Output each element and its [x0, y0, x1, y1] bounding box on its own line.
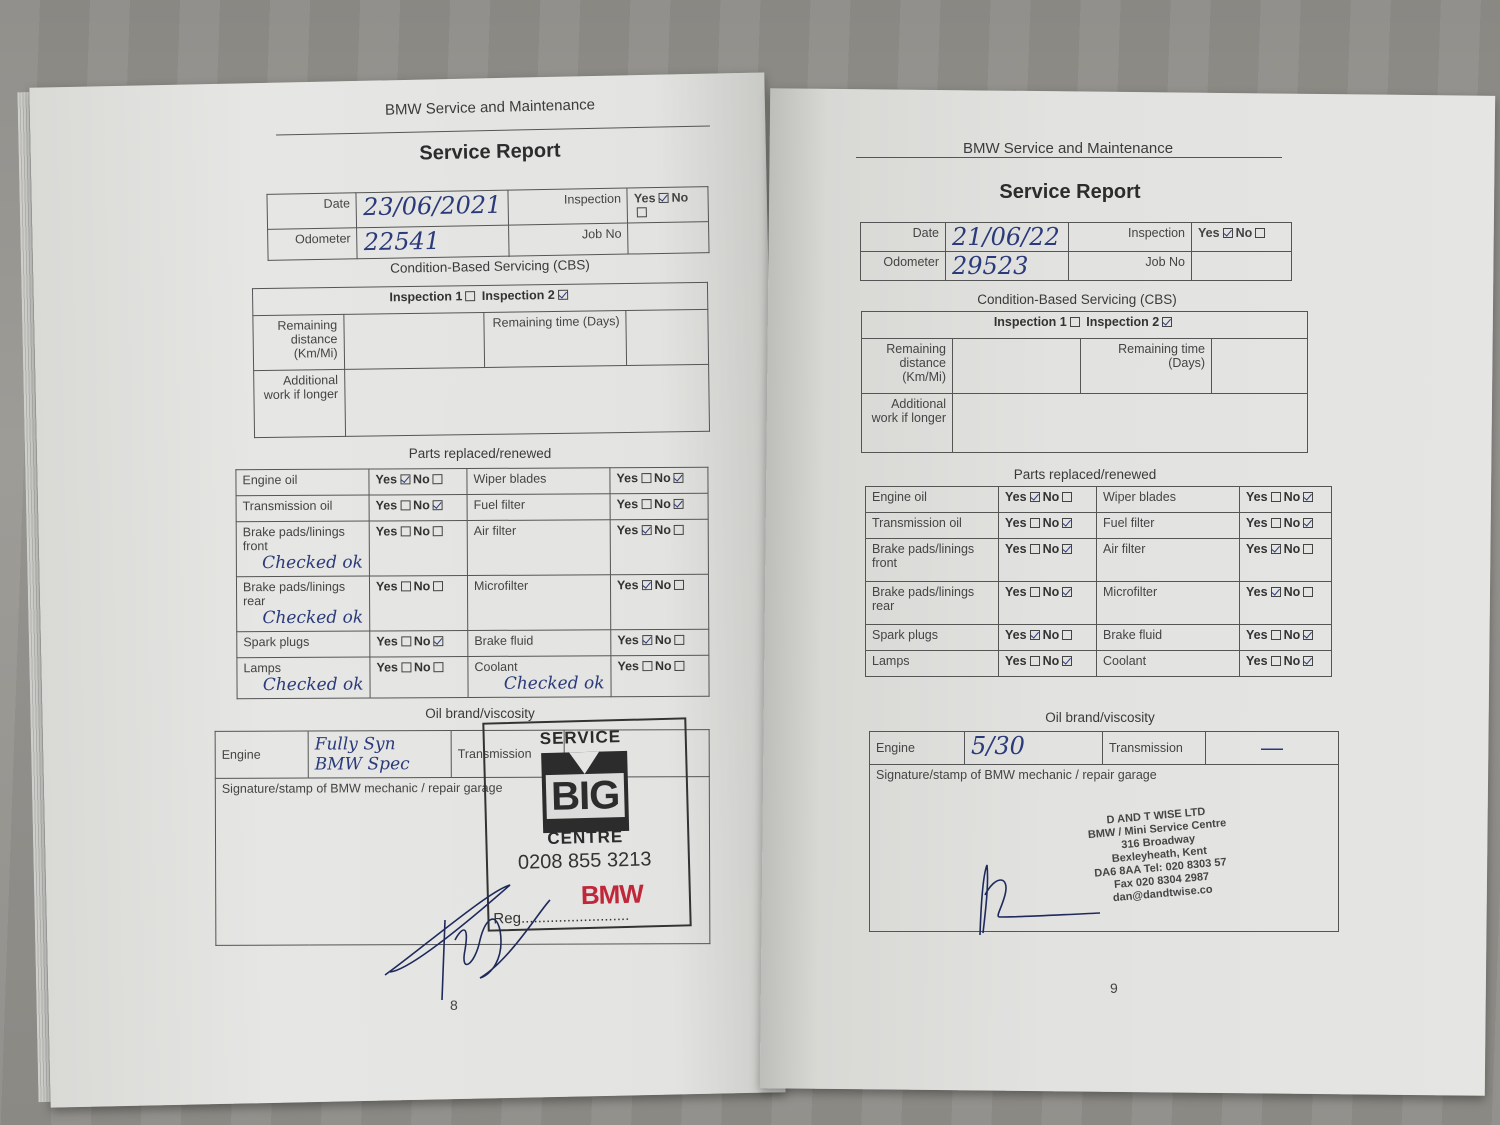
brake-fluid-no-checkbox[interactable] [675, 635, 685, 645]
spark-plugs-yes-checkbox[interactable] [401, 636, 411, 646]
date-label: Date [267, 193, 357, 230]
microfilter-yes-checkbox[interactable] [642, 580, 652, 590]
part-label-microfilter: Microfilter [467, 575, 610, 631]
engine-oil-yes-checkbox[interactable] [400, 474, 410, 484]
additional-work-field[interactable] [344, 364, 709, 436]
microfilter-no-checkbox[interactable] [1303, 587, 1313, 597]
part-label-brake-pads-linings-front: Brake pads/linings front [866, 539, 999, 582]
part-value-fuel-filter[interactable]: YesNo [1240, 513, 1332, 539]
part-value-air-filter[interactable]: YesNo [610, 519, 708, 575]
odometer-field[interactable]: 29523 [946, 252, 1069, 281]
oil-engine-label: Engine [215, 731, 308, 778]
remaining-time-field[interactable] [626, 309, 709, 365]
part-label-microfilter: Microfilter [1097, 582, 1240, 625]
oil-heading-left: Oil brand/viscosity [380, 706, 580, 721]
transmission-oil-no-checkbox[interactable] [433, 500, 443, 510]
table-row: Spark plugsYesNoBrake fluidYesNo [866, 625, 1332, 651]
spark-plugs-no-checkbox[interactable] [434, 636, 444, 646]
part-value-microfilter[interactable]: YesNo [1240, 582, 1332, 625]
date-field[interactable]: 23/06/2021 [356, 190, 508, 228]
brake-fluid-yes-checkbox[interactable] [1271, 630, 1281, 640]
brake-pads-linings-front-yes-checkbox[interactable] [400, 526, 410, 536]
part-label-lamps: LampsChecked ok [237, 657, 370, 699]
header-table-left: Date 23/06/2021 Inspection YesNo Odomete… [266, 186, 709, 261]
air-filter-yes-checkbox[interactable] [1271, 544, 1281, 554]
part-label-air-filter: Air filter [467, 520, 610, 576]
part-value-brake-fluid[interactable]: YesNo [611, 629, 709, 656]
inspection-field[interactable]: YesNo [1192, 223, 1292, 252]
engine-oil-yes-checkbox[interactable] [1030, 492, 1040, 502]
stamp-phone: 0208 855 3213 [518, 848, 652, 874]
coolant-yes-checkbox[interactable] [642, 661, 652, 671]
part-label-transmission-oil: Transmission oil [866, 513, 999, 539]
part-value-wiper-blades[interactable]: YesNo [610, 467, 708, 494]
handwritten-note: Checked ok [243, 553, 363, 574]
part-label-coolant: CoolantChecked ok [468, 656, 611, 698]
brake-pads-linings-front-no-checkbox[interactable] [1062, 544, 1072, 554]
coolant-no-checkbox[interactable] [675, 661, 685, 671]
page-number-left: 8 [450, 997, 458, 1013]
part-label-air-filter: Air filter [1097, 539, 1240, 582]
parts-heading-left: Parts replaced/renewed [380, 446, 580, 461]
stamp-bmw-brand: BMW [580, 879, 643, 912]
lamps-yes-checkbox[interactable] [401, 662, 411, 672]
mechanic-signature-right [975, 855, 1105, 940]
job-no-label: Job No [1069, 252, 1192, 281]
part-label-brake-fluid: Brake fluid [468, 630, 611, 657]
part-label-engine-oil: Engine oil [236, 469, 369, 496]
inspection-2-checkbox[interactable] [558, 290, 568, 300]
odometer-field[interactable]: 22541 [357, 225, 509, 259]
fuel-filter-yes-checkbox[interactable] [641, 499, 651, 509]
brake-pads-linings-rear-no-checkbox[interactable] [1062, 587, 1072, 597]
spark-plugs-no-checkbox[interactable] [1062, 630, 1072, 640]
odometer-label: Odometer [861, 252, 946, 281]
job-no-field[interactable] [1192, 252, 1292, 281]
garage-address-stamp: D AND T WISE LTDBMW / Mini Service Centr… [1086, 804, 1232, 907]
oil-transmission-field[interactable]: — [1206, 732, 1339, 765]
part-label-wiper-blades: Wiper blades [467, 468, 610, 495]
cbs-table-left: Inspection 1 Inspection 2 Remaining dist… [252, 282, 710, 438]
inspection-no-checkbox[interactable] [1255, 228, 1265, 238]
part-label-brake-pads-linings-front: Brake pads/linings frontChecked ok [236, 521, 369, 577]
part-label-fuel-filter: Fuel filter [1097, 513, 1240, 539]
inspection-field[interactable]: YesNo [627, 187, 708, 223]
inspection-no-checkbox[interactable] [637, 207, 647, 217]
lamps-no-checkbox[interactable] [1062, 656, 1072, 666]
remaining-distance-field[interactable] [344, 312, 485, 369]
part-label-lamps: Lamps [866, 651, 999, 677]
date-label: Date [861, 223, 946, 252]
air-filter-yes-checkbox[interactable] [641, 525, 651, 535]
fuel-filter-no-checkbox[interactable] [1303, 518, 1313, 528]
head-rule-right [856, 157, 1282, 158]
parts-table-right: Engine oilYesNoWiper bladesYesNoTransmis… [865, 486, 1332, 677]
transmission-oil-yes-checkbox[interactable] [1030, 518, 1040, 528]
part-label-spark-plugs: Spark plugs [866, 625, 999, 651]
part-value-engine-oil[interactable]: YesNo [369, 469, 467, 496]
date-field[interactable]: 21/06/22 [946, 223, 1069, 252]
table-row: Engine oilYesNoWiper bladesYesNo [866, 487, 1332, 513]
remaining-distance-field[interactable] [953, 339, 1081, 394]
part-label-spark-plugs: Spark plugs [237, 631, 370, 658]
part-value-lamps[interactable]: YesNo [370, 657, 468, 699]
table-row: Engine oilYesNoWiper bladesYesNo [236, 467, 708, 495]
stamp-centre-text: CENTRE [547, 827, 623, 849]
part-value-air-filter[interactable]: YesNo [1240, 539, 1332, 582]
stamp-service-text: SERVICE [539, 727, 621, 749]
air-filter-no-checkbox[interactable] [674, 525, 684, 535]
handwritten-note: Checked ok [474, 673, 604, 694]
part-value-spark-plugs[interactable]: YesNo [370, 631, 468, 658]
inspection-yes-checkbox[interactable] [658, 193, 668, 203]
air-filter-no-checkbox[interactable] [1303, 544, 1313, 554]
oil-heading-right: Oil brand/viscosity [1000, 710, 1200, 725]
part-value-spark-plugs[interactable]: YesNo [999, 625, 1097, 651]
part-label-brake-pads-linings-rear: Brake pads/linings rearChecked ok [236, 576, 369, 632]
wiper-blades-no-checkbox[interactable] [1303, 492, 1313, 502]
odometer-label: Odometer [268, 228, 358, 261]
microfilter-no-checkbox[interactable] [674, 580, 684, 590]
parts-heading-right: Parts replaced/renewed [985, 467, 1185, 482]
part-value-transmission-oil[interactable]: YesNo [999, 513, 1097, 539]
remaining-time-label: Remaining time (Days) [484, 310, 627, 367]
brake-pads-linings-rear-yes-checkbox[interactable] [401, 581, 411, 591]
part-value-wiper-blades[interactable]: YesNo [1240, 487, 1332, 513]
microfilter-yes-checkbox[interactable] [1271, 587, 1281, 597]
part-value-microfilter[interactable]: YesNo [610, 574, 708, 630]
fuel-filter-no-checkbox[interactable] [674, 499, 684, 509]
mechanic-signature-left [380, 880, 560, 1000]
inspection-2-checkbox[interactable] [1162, 317, 1172, 327]
wiper-blades-yes-checkbox[interactable] [1271, 492, 1281, 502]
table-row: Transmission oilYesNoFuel filterYesNo [236, 493, 708, 521]
cbs-heading-right: Condition-Based Servicing (CBS) [947, 292, 1207, 307]
remaining-time-field[interactable] [1212, 339, 1308, 394]
handwritten-note: Checked ok [243, 675, 363, 696]
table-row: Brake pads/linings frontYesNoAir filterY… [866, 539, 1332, 582]
table-row: Brake pads/linings rearYesNoMicrofilterY… [866, 582, 1332, 625]
inspection-label: Inspection [508, 188, 628, 225]
additional-work-label: Additional work if longer [254, 369, 346, 437]
brake-pads-linings-front-yes-checkbox[interactable] [1030, 544, 1040, 554]
oil-engine-field[interactable]: Fully Syn BMW Spec [308, 731, 451, 778]
remaining-time-label: Remaining time (Days) [1081, 339, 1212, 394]
part-value-coolant[interactable]: YesNo [611, 655, 709, 697]
report-title-right: Service Report [970, 181, 1170, 204]
fuel-filter-yes-checkbox[interactable] [1271, 518, 1281, 528]
part-value-brake-fluid[interactable]: YesNo [1240, 625, 1332, 651]
running-head-right: BMW Service and Maintenance [918, 140, 1218, 157]
table-row: LampsYesNoCoolantYesNo [866, 651, 1332, 677]
part-value-brake-pads-linings-rear[interactable]: YesNo [369, 576, 467, 632]
brake-pads-linings-front-no-checkbox[interactable] [433, 526, 443, 536]
part-label-engine-oil: Engine oil [866, 487, 999, 513]
part-value-coolant[interactable]: YesNo [1240, 651, 1332, 677]
cbs-table-right: Inspection 1 Inspection 2 Remaining dist… [861, 311, 1308, 453]
oil-engine-field[interactable]: 5/30 [965, 732, 1103, 765]
engine-oil-no-checkbox[interactable] [1062, 492, 1072, 502]
part-value-transmission-oil[interactable]: YesNo [369, 495, 467, 522]
additional-work-field[interactable] [953, 394, 1308, 453]
brake-pads-linings-rear-yes-checkbox[interactable] [1030, 587, 1040, 597]
wiper-blades-yes-checkbox[interactable] [641, 473, 651, 483]
wiper-blades-no-checkbox[interactable] [674, 473, 684, 483]
report-title-left: Service Report [390, 139, 590, 166]
job-no-label: Job No [508, 223, 628, 256]
transmission-oil-no-checkbox[interactable] [1062, 518, 1072, 528]
page-number-right: 9 [1110, 980, 1118, 996]
lamps-yes-checkbox[interactable] [1030, 656, 1040, 666]
parts-table-left: Engine oilYesNoWiper bladesYesNoTransmis… [235, 467, 709, 699]
brake-fluid-yes-checkbox[interactable] [642, 635, 652, 645]
job-no-field[interactable] [628, 222, 709, 254]
table-row: LampsChecked okYesNoCoolantChecked okYes… [237, 655, 709, 698]
cbs-inspection-row: Inspection 1 Inspection 2 [862, 312, 1308, 339]
part-value-brake-pads-linings-rear[interactable]: YesNo [999, 582, 1097, 625]
oil-engine-label: Engine [870, 732, 965, 765]
header-table-right: Date 21/06/22 Inspection YesNo Odometer … [860, 222, 1292, 281]
additional-work-label: Additional work if longer [862, 394, 953, 453]
inspection-1-checkbox[interactable] [465, 291, 475, 301]
part-label-fuel-filter: Fuel filter [467, 494, 610, 521]
part-label-coolant: Coolant [1097, 651, 1240, 677]
table-row: Brake pads/linings frontChecked okYesNoA… [236, 519, 708, 576]
remaining-distance-label: Remaining distance (Km/Mi) [862, 339, 953, 394]
part-value-fuel-filter[interactable]: YesNo [610, 493, 708, 520]
coolant-no-checkbox[interactable] [1303, 656, 1313, 666]
transmission-oil-yes-checkbox[interactable] [400, 500, 410, 510]
part-label-transmission-oil: Transmission oil [236, 495, 369, 522]
brake-pads-linings-rear-no-checkbox[interactable] [433, 581, 443, 591]
part-value-lamps[interactable]: YesNo [999, 651, 1097, 677]
engine-oil-no-checkbox[interactable] [433, 474, 443, 484]
brake-fluid-no-checkbox[interactable] [1303, 630, 1313, 640]
part-label-wiper-blades: Wiper blades [1097, 487, 1240, 513]
handwritten-note: Checked ok [243, 608, 363, 629]
inspection-1-checkbox[interactable] [1070, 317, 1080, 327]
big-m-logo: BIG [541, 751, 629, 833]
part-label-brake-fluid: Brake fluid [1097, 625, 1240, 651]
part-label-brake-pads-linings-rear: Brake pads/linings rear [866, 582, 999, 625]
oil-transmission-label: Transmission [1103, 732, 1206, 765]
part-value-engine-oil[interactable]: YesNo [999, 487, 1097, 513]
table-row: Spark plugsYesNoBrake fluidYesNo [237, 629, 709, 657]
remaining-distance-label: Remaining distance (Km/Mi) [253, 314, 344, 370]
spark-plugs-yes-checkbox[interactable] [1030, 630, 1040, 640]
inspection-yes-checkbox[interactable] [1223, 228, 1233, 238]
part-value-brake-pads-linings-front[interactable]: YesNo [999, 539, 1097, 582]
lamps-no-checkbox[interactable] [434, 662, 444, 672]
part-value-brake-pads-linings-front[interactable]: YesNo [369, 521, 467, 577]
table-row: Transmission oilYesNoFuel filterYesNo [866, 513, 1332, 539]
table-row: Brake pads/linings rearChecked okYesNoMi… [236, 574, 708, 631]
inspection-label: Inspection [1069, 223, 1192, 252]
coolant-yes-checkbox[interactable] [1271, 656, 1281, 666]
